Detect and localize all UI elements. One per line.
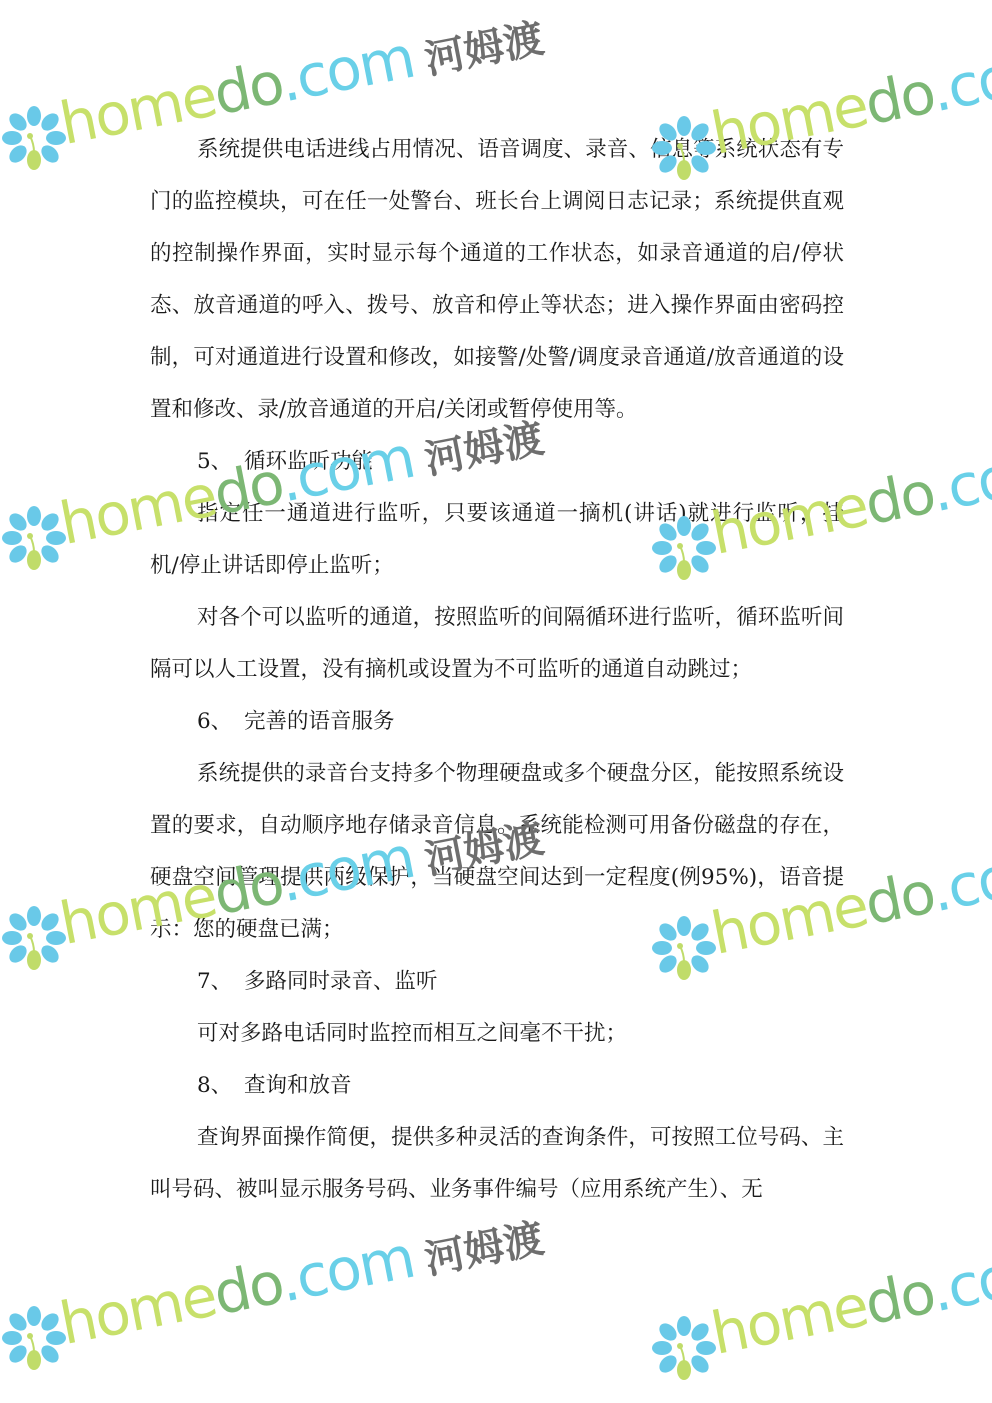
flower-logo-icon	[0, 1304, 68, 1372]
section-heading-5: 5、循环监听功能	[150, 436, 844, 488]
flower-logo-icon	[0, 904, 68, 972]
heading-text: 多路同时录音、监听	[244, 969, 438, 994]
section-heading-8: 8、查询和放音	[150, 1060, 844, 1112]
watermark: homedo.com	[650, 1296, 992, 1376]
heading-text: 循环监听功能	[244, 449, 373, 474]
section-heading-7: 7、多路同时录音、监听	[150, 956, 844, 1008]
flower-logo-icon	[0, 504, 68, 572]
document-body: 系统提供电话进线占用情况、语音调度、录音、信息等系统状态有专门的监控模块，可在任…	[150, 124, 844, 1216]
paragraph-monitor-channel: 指定任一通道进行监听，只要该通道一摘机(讲话)就进行监听，挂机/停止讲话即停止监…	[150, 488, 844, 592]
paragraph-cyclic-monitor: 对各个可以监听的通道，按照监听的间隔循环进行监听，循环监听间隔可以人工设置，没有…	[150, 592, 844, 696]
paragraph-voice-service: 系统提供的录音台支持多个物理硬盘或多个硬盘分区，能按照系统设置的要求，自动顺序地…	[150, 748, 844, 956]
document-page: 系统提供电话进线占用情况、语音调度、录音、信息等系统状态有专门的监控模块，可在任…	[0, 0, 992, 1403]
paragraph-system-monitoring: 系统提供电话进线占用情况、语音调度、录音、信息等系统状态有专门的监控模块，可在任…	[150, 124, 844, 436]
heading-text: 查询和放音	[244, 1073, 352, 1098]
watermark: homedo.com河姆渡	[0, 1286, 520, 1366]
heading-number: 6、	[197, 696, 244, 748]
flower-logo-icon	[650, 1314, 718, 1382]
paragraph-multi-channel: 可对多路电话同时监控而相互之间毫不干扰；	[150, 1008, 844, 1060]
heading-number: 8、	[197, 1060, 244, 1112]
paragraph-query-playback: 查询界面操作简便，提供多种灵活的查询条件，可按照工位号码、主叫号码、被叫显示服务…	[150, 1112, 844, 1216]
heading-text: 完善的语音服务	[244, 709, 395, 734]
watermark-text: homedo.com河姆渡	[55, 1202, 549, 1361]
section-heading-6: 6、完善的语音服务	[150, 696, 844, 748]
watermark-text: homedo.com	[707, 1237, 992, 1364]
heading-number: 5、	[197, 436, 244, 488]
heading-number: 7、	[197, 956, 244, 1008]
flower-logo-icon	[0, 104, 68, 172]
